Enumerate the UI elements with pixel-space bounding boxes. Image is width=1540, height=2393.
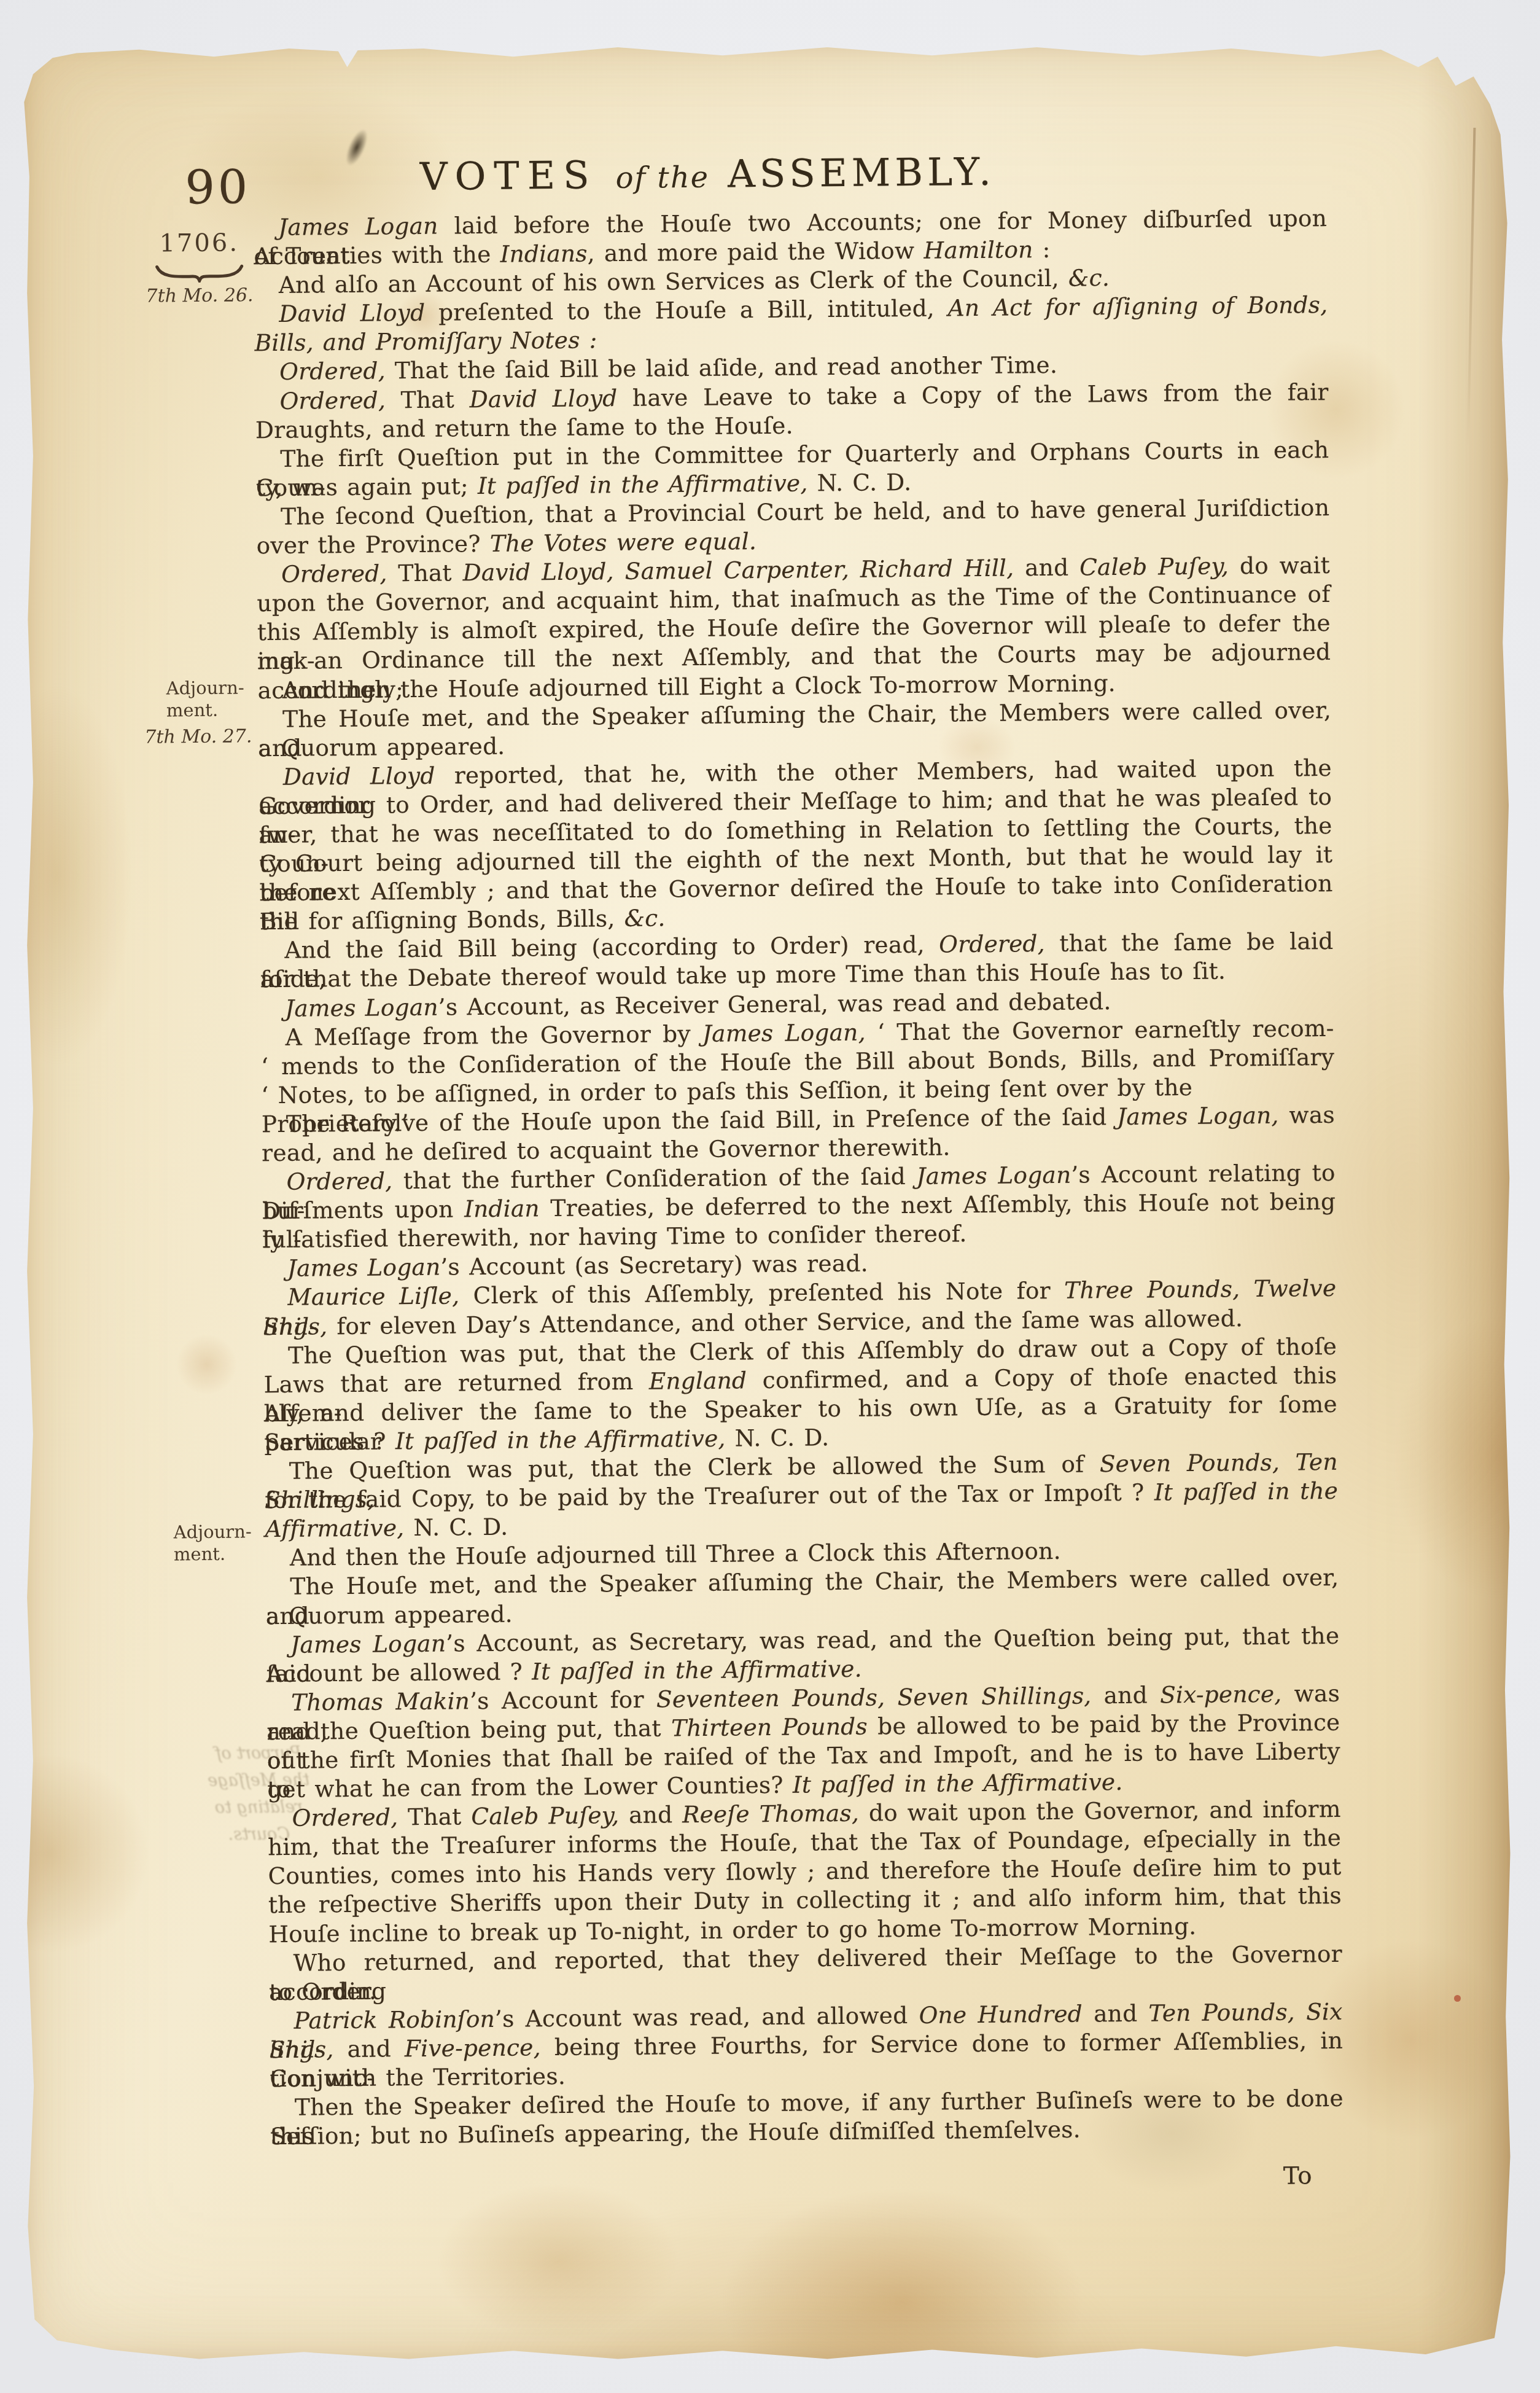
roman-text: That	[387, 559, 462, 587]
italic-text: James Logan	[287, 1254, 441, 1282]
catchword: To	[271, 2161, 1344, 2200]
italic-text: David Lloyd, Samuel Carpenter, Richard H…	[462, 555, 1014, 587]
roman-text: Clerk of this Aſſembly, preſented his No…	[459, 1277, 1064, 1310]
roman-text: a Quorum appeared.	[266, 1600, 513, 1630]
page-number: 90	[185, 159, 251, 214]
italic-text: Ordered,	[939, 930, 1045, 958]
roman-text: Laws that are returned from	[263, 1367, 649, 1397]
italic-text: James Logan	[290, 1630, 446, 1658]
roman-text: That	[398, 1803, 472, 1830]
italic-text: An Act for aſſigning of Bonds,	[947, 291, 1328, 321]
italic-text: Ordered,	[286, 1167, 392, 1195]
italic-text: Ordered,	[279, 386, 386, 415]
roman-text: N. C. D.	[807, 469, 911, 496]
italic-text: Bills, and Promiſſary Notes :	[255, 327, 597, 357]
margin-year: 1706.	[125, 229, 273, 257]
italic-text: James Logan	[916, 1161, 1071, 1190]
roman-text: And the ſaid Bill being (according to Or…	[284, 931, 939, 964]
italic-text: It paſſed in the Affirmative,	[478, 469, 808, 499]
running-title-of-the: of the	[615, 160, 709, 195]
roman-text: Seſſion; but no Buſineſs appearing, the …	[270, 2116, 1081, 2150]
italic-text: Five-pence,	[405, 2034, 541, 2062]
italic-text: England	[649, 1367, 747, 1394]
italic-text: Hamilton	[924, 236, 1033, 264]
italic-text: David Lloyd	[469, 385, 617, 413]
roman-text: ty, was again put;	[256, 472, 478, 501]
margin-date-label: 7th Mo. 26.	[126, 284, 273, 308]
roman-text: , and more paid the Widow	[587, 237, 924, 267]
italic-text: James Logan,	[702, 1018, 866, 1047]
italic-text: Ordered,	[279, 357, 386, 386]
italic-text: Caleb Puſey,	[471, 1802, 619, 1830]
italic-text: &c.	[1068, 264, 1110, 292]
roman-text: over the Province?	[256, 530, 490, 559]
roman-text: ’s Account, as Receiver General, was rea…	[438, 988, 1111, 1021]
italic-text: lings,	[263, 1313, 328, 1340]
roman-text: And then the Houſe adjourned till Three …	[290, 1537, 1061, 1571]
roman-text: get what he can from the Lower Counties?	[267, 1771, 793, 1803]
italic-text: Maurice Liſle,	[287, 1282, 459, 1311]
roman-text: and	[1091, 1681, 1160, 1709]
roman-text: The Reſolve of the Houſe upon the ſaid B…	[286, 1103, 1118, 1138]
italic-text: Indian	[464, 1195, 540, 1222]
italic-text: Ordered,	[281, 560, 387, 588]
body-text: James Logan laid before the Houſe two Ac…	[254, 204, 1344, 2200]
italic-text: It paſſed in the Affirmative,	[395, 1425, 726, 1455]
italic-text: James Logan	[278, 213, 438, 241]
roman-text: ’s Account for	[470, 1685, 656, 1714]
italic-text: David Lloyd	[279, 299, 425, 327]
roman-text: that the further Conſideration of the ſa…	[392, 1163, 917, 1194]
italic-text: &c.	[624, 905, 665, 932]
italic-text: Indians	[500, 240, 588, 268]
roman-text: have Leave to take a Copy of the Laws fr…	[617, 378, 1328, 412]
italic-text: It paſſed in the	[1154, 1477, 1339, 1506]
italic-text: Thomas Makin	[291, 1687, 470, 1716]
roman-text: A Meſſage from the Governor by	[285, 1020, 702, 1051]
italic-text: James Logan	[285, 993, 438, 1021]
italic-text: One Hundred	[919, 2000, 1083, 2028]
italic-text: James Logan,	[1117, 1102, 1279, 1130]
roman-text: ’s Account (as Secretary) was read.	[440, 1250, 868, 1281]
roman-text: ’s Account was read, and allowed	[495, 2002, 919, 2032]
roman-text: :	[1033, 236, 1050, 263]
roman-text: burſments upon	[262, 1195, 464, 1224]
italic-text: Patrick Robinſon	[294, 2005, 495, 2034]
roman-text: and	[333, 2035, 405, 2063]
roman-text: Account be allowed ?	[266, 1658, 532, 1687]
italic-text: Reeſe Thomas,	[682, 1800, 859, 1829]
roman-text: That	[386, 386, 470, 413]
roman-text: to Order.	[269, 1977, 376, 2005]
date-brace-icon	[152, 262, 247, 283]
roman-text: tion with the Territories.	[270, 2063, 566, 2092]
italic-text: Ordered,	[292, 1803, 399, 1832]
italic-text: Thirteen Pounds	[671, 1712, 868, 1741]
italic-text: Caleb Puſey,	[1079, 553, 1229, 581]
italic-text: Affirmative,	[265, 1514, 404, 1542]
italic-text: The Votes were equal.	[490, 528, 756, 557]
roman-text: N. C. D.	[725, 1424, 829, 1451]
running-title: VOTES of the ASSEMBLY.	[268, 148, 1147, 200]
italic-text: Seventeen Pounds, Seven Shillings,	[656, 1682, 1092, 1712]
roman-text: and	[619, 1801, 682, 1829]
italic-text: It paſſed in the Affirmative.	[793, 1768, 1123, 1798]
roman-text: a Quorum appeared.	[258, 732, 505, 762]
roman-text: do wait	[1229, 552, 1330, 579]
italic-text: lings,	[270, 2036, 334, 2063]
roman-text: and	[1083, 1999, 1149, 2027]
body-lines: James Logan laid before the Houſe two Ac…	[254, 204, 1344, 2151]
roman-text: Bill for aſſigning Bonds, Bills,	[260, 905, 624, 935]
photo-backdrop: 90 VOTES of the ASSEMBLY. 1706. 7th Mo. …	[0, 0, 1540, 2393]
roman-text: and	[1014, 554, 1079, 582]
italic-text: David Lloyd	[283, 762, 435, 790]
roman-text: read, and he deſired to acquaint the Gov…	[262, 1133, 951, 1166]
roman-text: of Treaties with the	[254, 241, 500, 270]
page-content: 90 VOTES of the ASSEMBLY. 1706. 7th Mo. …	[9, 30, 1525, 2372]
running-title-votes: VOTES	[420, 152, 597, 199]
roman-text: and the Queſtion being put, that	[266, 1714, 671, 1745]
roman-text: preſented to the Houſe a Bill, intituled…	[425, 295, 948, 326]
roman-text: N. C. D.	[404, 1513, 508, 1541]
roman-text: That the ſaid Bill be laid aſide, and re…	[385, 351, 1057, 385]
paper-sheet: 90 VOTES of the ASSEMBLY. 1706. 7th Mo. …	[20, 37, 1515, 2366]
roman-text: do wait upon the Governor, and inform	[859, 1795, 1341, 1827]
roman-text: ‘ That the Governor earneſtly recom-	[866, 1015, 1334, 1046]
roman-text: was	[1278, 1101, 1335, 1129]
roman-text: Services ?	[264, 1427, 395, 1456]
roman-text: ly ſatisfied therewith, nor having Time …	[262, 1220, 966, 1253]
running-title-assembly: ASSEMBLY.	[728, 149, 995, 197]
roman-text: Draughts, and return the ſame to the Hou…	[255, 412, 793, 443]
margin-note-date: 1706. 7th Mo. 26.	[125, 229, 273, 308]
italic-text: Six-pence,	[1160, 1681, 1282, 1709]
italic-text: It paſſed in the Affirmative.	[532, 1655, 862, 1685]
